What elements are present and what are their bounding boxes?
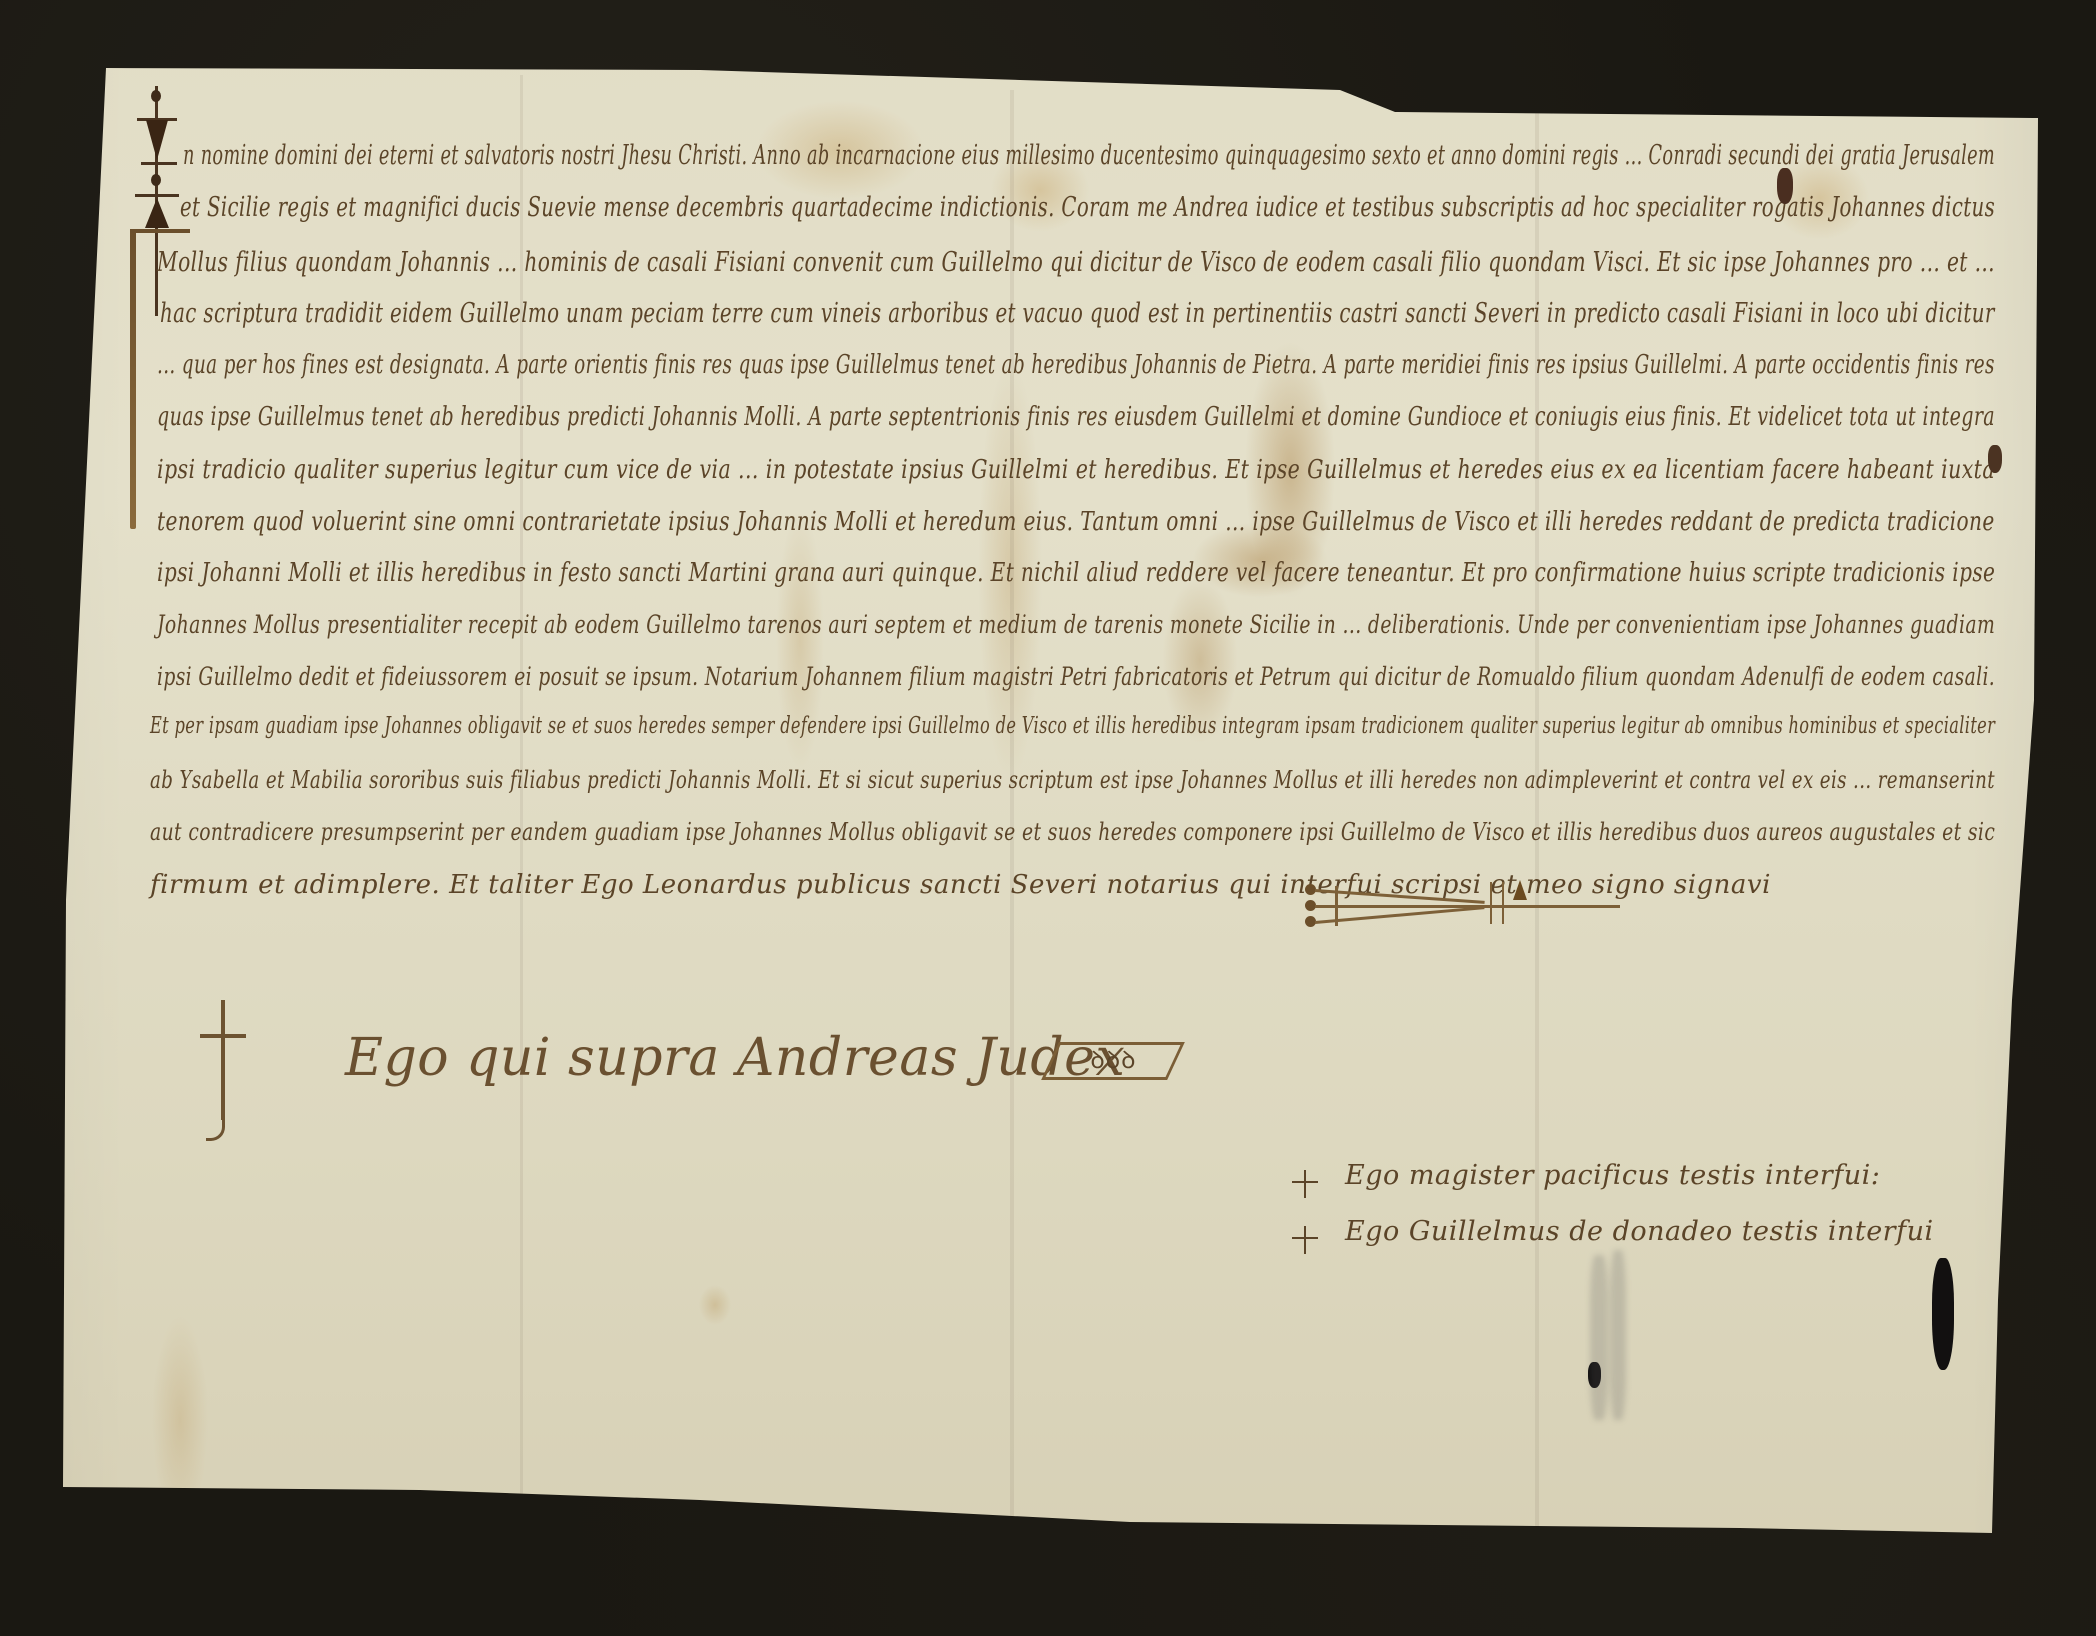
judge-monogram-box: ꝺꝺꝺ	[1041, 1042, 1185, 1080]
grey-smudge	[1590, 1255, 1608, 1420]
ink-hole	[1777, 168, 1793, 204]
parchment-document: n nomine domini dei eterni et salvatoris…	[0, 0, 2096, 1636]
text-line-7: ipsi tradicio qualiter superius legitur …	[157, 455, 1995, 485]
decorated-initial-icon	[147, 86, 167, 326]
ink-spot	[1988, 445, 2002, 473]
text-line-11: ipsi Guillelmo dedit et fideiussorem ei …	[157, 662, 1995, 691]
text-line-14: aut contradicere presumpserint per eande…	[150, 818, 1995, 846]
judge-subscription: Ego qui supra Andreas Judex	[345, 1028, 1125, 1088]
text-line-9: ipsi Johanni Molli et illis heredibus in…	[157, 558, 1995, 588]
witness-2: Ego Guillelmus de donadeo testis interfu…	[1345, 1216, 1934, 1247]
text-line-12: Et per ipsam guadiam ipse Johannes oblig…	[150, 713, 1995, 739]
text-line-10: Johannes Mollus presentialiter recepit a…	[157, 610, 1995, 639]
witness-cross-icon	[1292, 1170, 1318, 1196]
ink-blot	[1932, 1258, 1954, 1370]
text-line-4: hac scriptura tradidit eidem Guillelmo u…	[160, 298, 1995, 329]
witness-1: Ego magister pacificus testis interfui:	[1345, 1160, 1880, 1191]
witness-cross-icon	[1292, 1226, 1318, 1252]
text-line-6: quas ipse Guillelmus tenet ab heredibus …	[157, 402, 1995, 432]
initial-bracket	[130, 229, 136, 529]
text-line-3: Mollus filius quondam Johannis ... homin…	[157, 247, 1995, 278]
text-line-2: et Sicilie regis et magnifici ducis Suev…	[180, 192, 1995, 223]
text-line-1: n nomine domini dei eterni et salvatoris…	[183, 140, 1995, 171]
judge-monogram: ꝺꝺꝺ	[1053, 1045, 1173, 1075]
judge-cross-icon	[198, 1000, 248, 1140]
grey-smudge	[1610, 1250, 1626, 1420]
initial-bracket-top	[130, 229, 190, 233]
text-line-8: tenorem quod voluerint sine omni contrar…	[157, 507, 1995, 537]
text-line-5: ... qua per hos fines est designata. A p…	[157, 350, 1995, 380]
text-line-13: ab Ysabella et Mabilia sororibus suis fi…	[150, 766, 1995, 794]
notarial-signum-icon	[1305, 880, 1625, 930]
